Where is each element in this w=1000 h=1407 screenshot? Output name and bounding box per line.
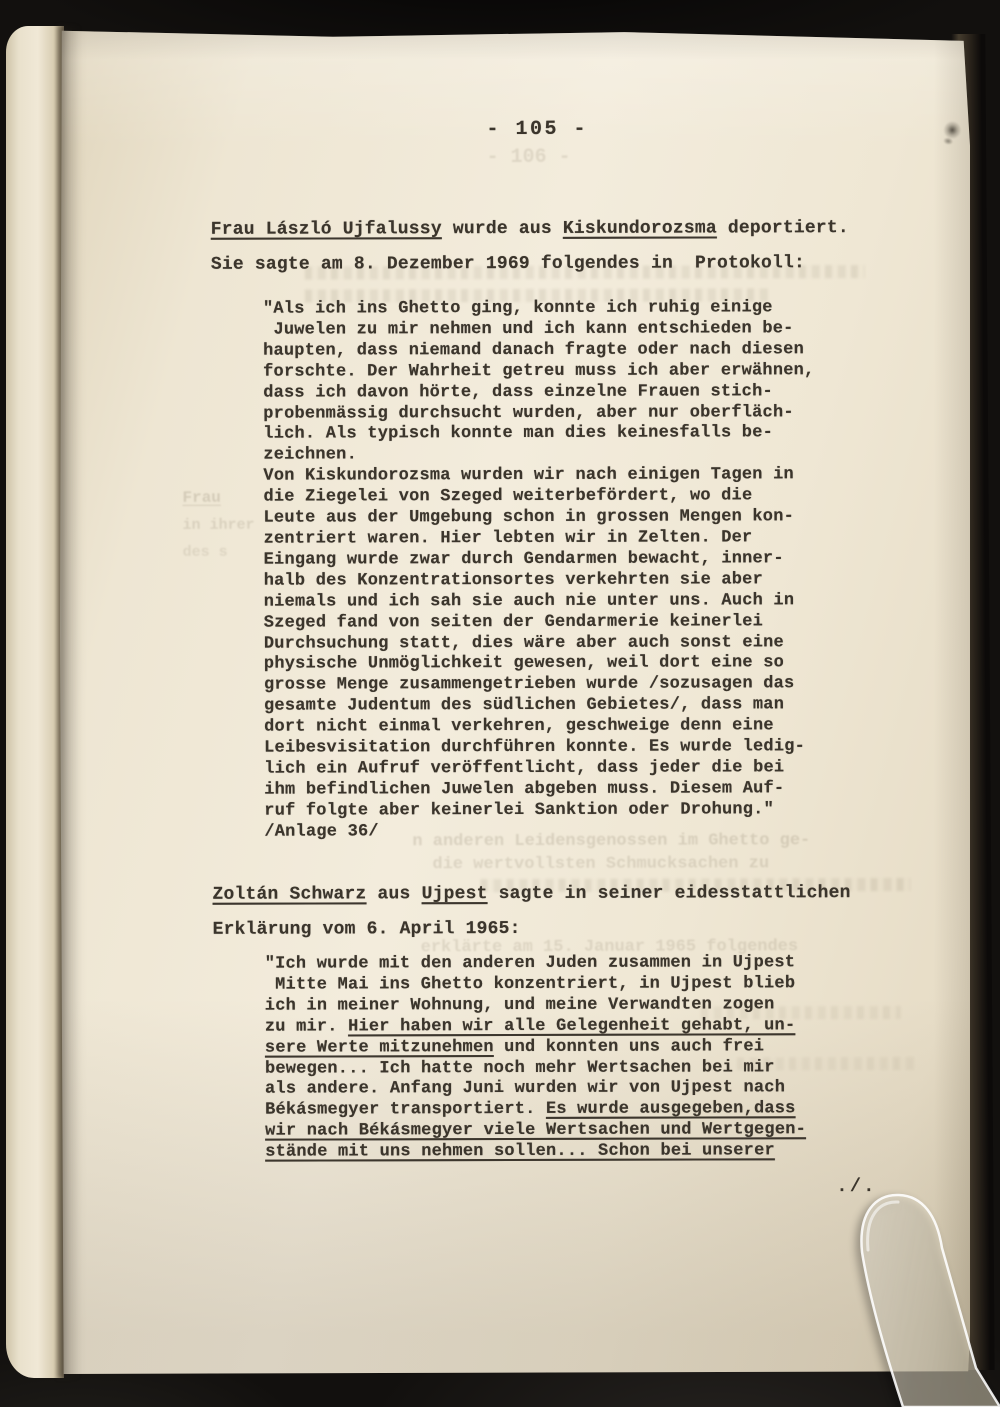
text-line: haupten, dass niemand danach fragte oder… xyxy=(263,340,814,362)
text-line: "Als ich ins Ghetto ging, konnte ich ruh… xyxy=(263,298,814,320)
text-line: wir nach Békásmegyer viele Wertsachen un… xyxy=(265,1120,806,1142)
text-line: Leute aus der Umgebung schon in grossen … xyxy=(263,507,814,529)
bleed-through-text: die wertvollsten Schmucksachen zu xyxy=(432,854,769,874)
text-line: forschte. Der Wahrheit getreu muss ich a… xyxy=(263,361,814,383)
text-line: bewegen... Ich hatte noch mehr Wertsache… xyxy=(265,1058,806,1080)
text-line: Sie sagte am 8. Dezember 1969 folgendes … xyxy=(211,246,849,283)
bleed-through-text: des s xyxy=(183,544,228,561)
bleed-through-text: - 106 - xyxy=(487,146,571,169)
text-line: /Anlage 36/ xyxy=(264,821,815,843)
text-line: Békásmegyer transportiert. Es wurde ausg… xyxy=(265,1100,806,1122)
text-line: als andere. Anfang Juni wurden wir von U… xyxy=(265,1079,806,1101)
facing-page-edge xyxy=(6,26,64,1378)
ink-smudge xyxy=(940,119,963,148)
text-line: probenmässig durchsucht wurden, aber nur… xyxy=(263,403,814,425)
text-line: halb des Konzentrationsortes verkehrten … xyxy=(264,570,815,592)
page-content: - 105 - - 106 -Frauin ihrerdes sn andere… xyxy=(58,25,972,1375)
text-line: "Ich wurde mit den anderen Juden zusamme… xyxy=(265,953,806,975)
text-line: dass ich davon hörte, dass einzelne Frau… xyxy=(263,382,814,404)
testimony-quote-ujfalussy: "Als ich ins Ghetto ging, konnte ich ruh… xyxy=(263,298,816,843)
text-line: die Ziegelei von Szeged weiterbefördert,… xyxy=(263,486,814,508)
text-line: Frau László Ujfalussy wurde aus Kiskundo… xyxy=(211,211,849,248)
page-number: - 105 - xyxy=(486,118,588,141)
text-line: Juwelen zu mir nehmen und ich kann entsc… xyxy=(263,319,814,341)
text-line: ich in meiner Wohnung, und meine Verwand… xyxy=(265,995,806,1017)
text-line: Von Kiskundorozsma wurden wir nach einig… xyxy=(263,465,814,487)
text-line: gesamte Judentum des südlichen Gebietes/… xyxy=(264,695,815,717)
text-line: sere Werte mitzunehmen und konnten uns a… xyxy=(265,1037,806,1059)
text-line: grosse Menge zusammengetrieben wurde /so… xyxy=(264,675,815,697)
continuation-mark: ./. xyxy=(836,1175,876,1197)
bleed-through-text: Frau xyxy=(182,489,220,507)
paragraph-intro-schwarz: Zoltán Schwarz aus Ujpest sagte in seine… xyxy=(212,876,850,948)
text-line: Erklärung vom 6. April 1965: xyxy=(213,911,851,948)
text-line: physische Unmöglichkeit gewesen, weil do… xyxy=(264,654,815,676)
text-line: Leibesvisitation durchführen konnte. Es … xyxy=(264,737,815,759)
text-line: ihm befindlichen Juwelen abgeben muss. D… xyxy=(264,779,815,801)
paragraph-intro-ujfalussy: Frau László Ujfalussy wurde aus Kiskundo… xyxy=(211,211,849,283)
text-line: niemals und ich sah sie auch nie unter u… xyxy=(264,591,815,613)
bleed-through-text: in ihrer xyxy=(183,517,255,534)
text-line: Mitte Mai ins Ghetto konzentriert, in Uj… xyxy=(265,974,806,996)
text-line: lich ein Aufruf veröffentlicht, dass jed… xyxy=(264,758,815,780)
document-page: - 105 - - 106 -Frauin ihrerdes sn andere… xyxy=(60,26,970,1374)
text-line: Durchsuchung statt, dies wäre aber auch … xyxy=(264,633,815,655)
text-line: zentriert waren. Hier lebten wir in Zelt… xyxy=(264,528,815,550)
text-line: Eingang wurde zwar durch Gendarmen bewac… xyxy=(264,549,815,571)
testimony-quote-schwarz: "Ich wurde mit den anderen Juden zusamme… xyxy=(265,953,806,1163)
text-line: lich. Als typisch konnte man dies keines… xyxy=(263,424,814,446)
bleed-through-layer: - 106 -Frauin ihrerdes sn anderen Leiden… xyxy=(58,25,968,27)
text-line: ruf folgte aber keinerlei Sanktion oder … xyxy=(264,800,815,822)
text-line: zeichnen. xyxy=(263,445,814,467)
text-line: Zoltán Schwarz aus Ujpest sagte in seine… xyxy=(212,876,850,913)
text-line: zu mir. Hier haben wir alle Gelegenheit … xyxy=(265,1016,806,1038)
photo-backdrop: - 105 - - 106 -Frauin ihrerdes sn andere… xyxy=(0,0,1000,1407)
text-line: Szeged fand von seiten der Gendarmerie k… xyxy=(264,612,815,634)
text-line: dort nicht einmal verkehren, geschweige … xyxy=(264,716,815,738)
text-line: stände mit uns nehmen sollen... Schon be… xyxy=(265,1141,806,1163)
